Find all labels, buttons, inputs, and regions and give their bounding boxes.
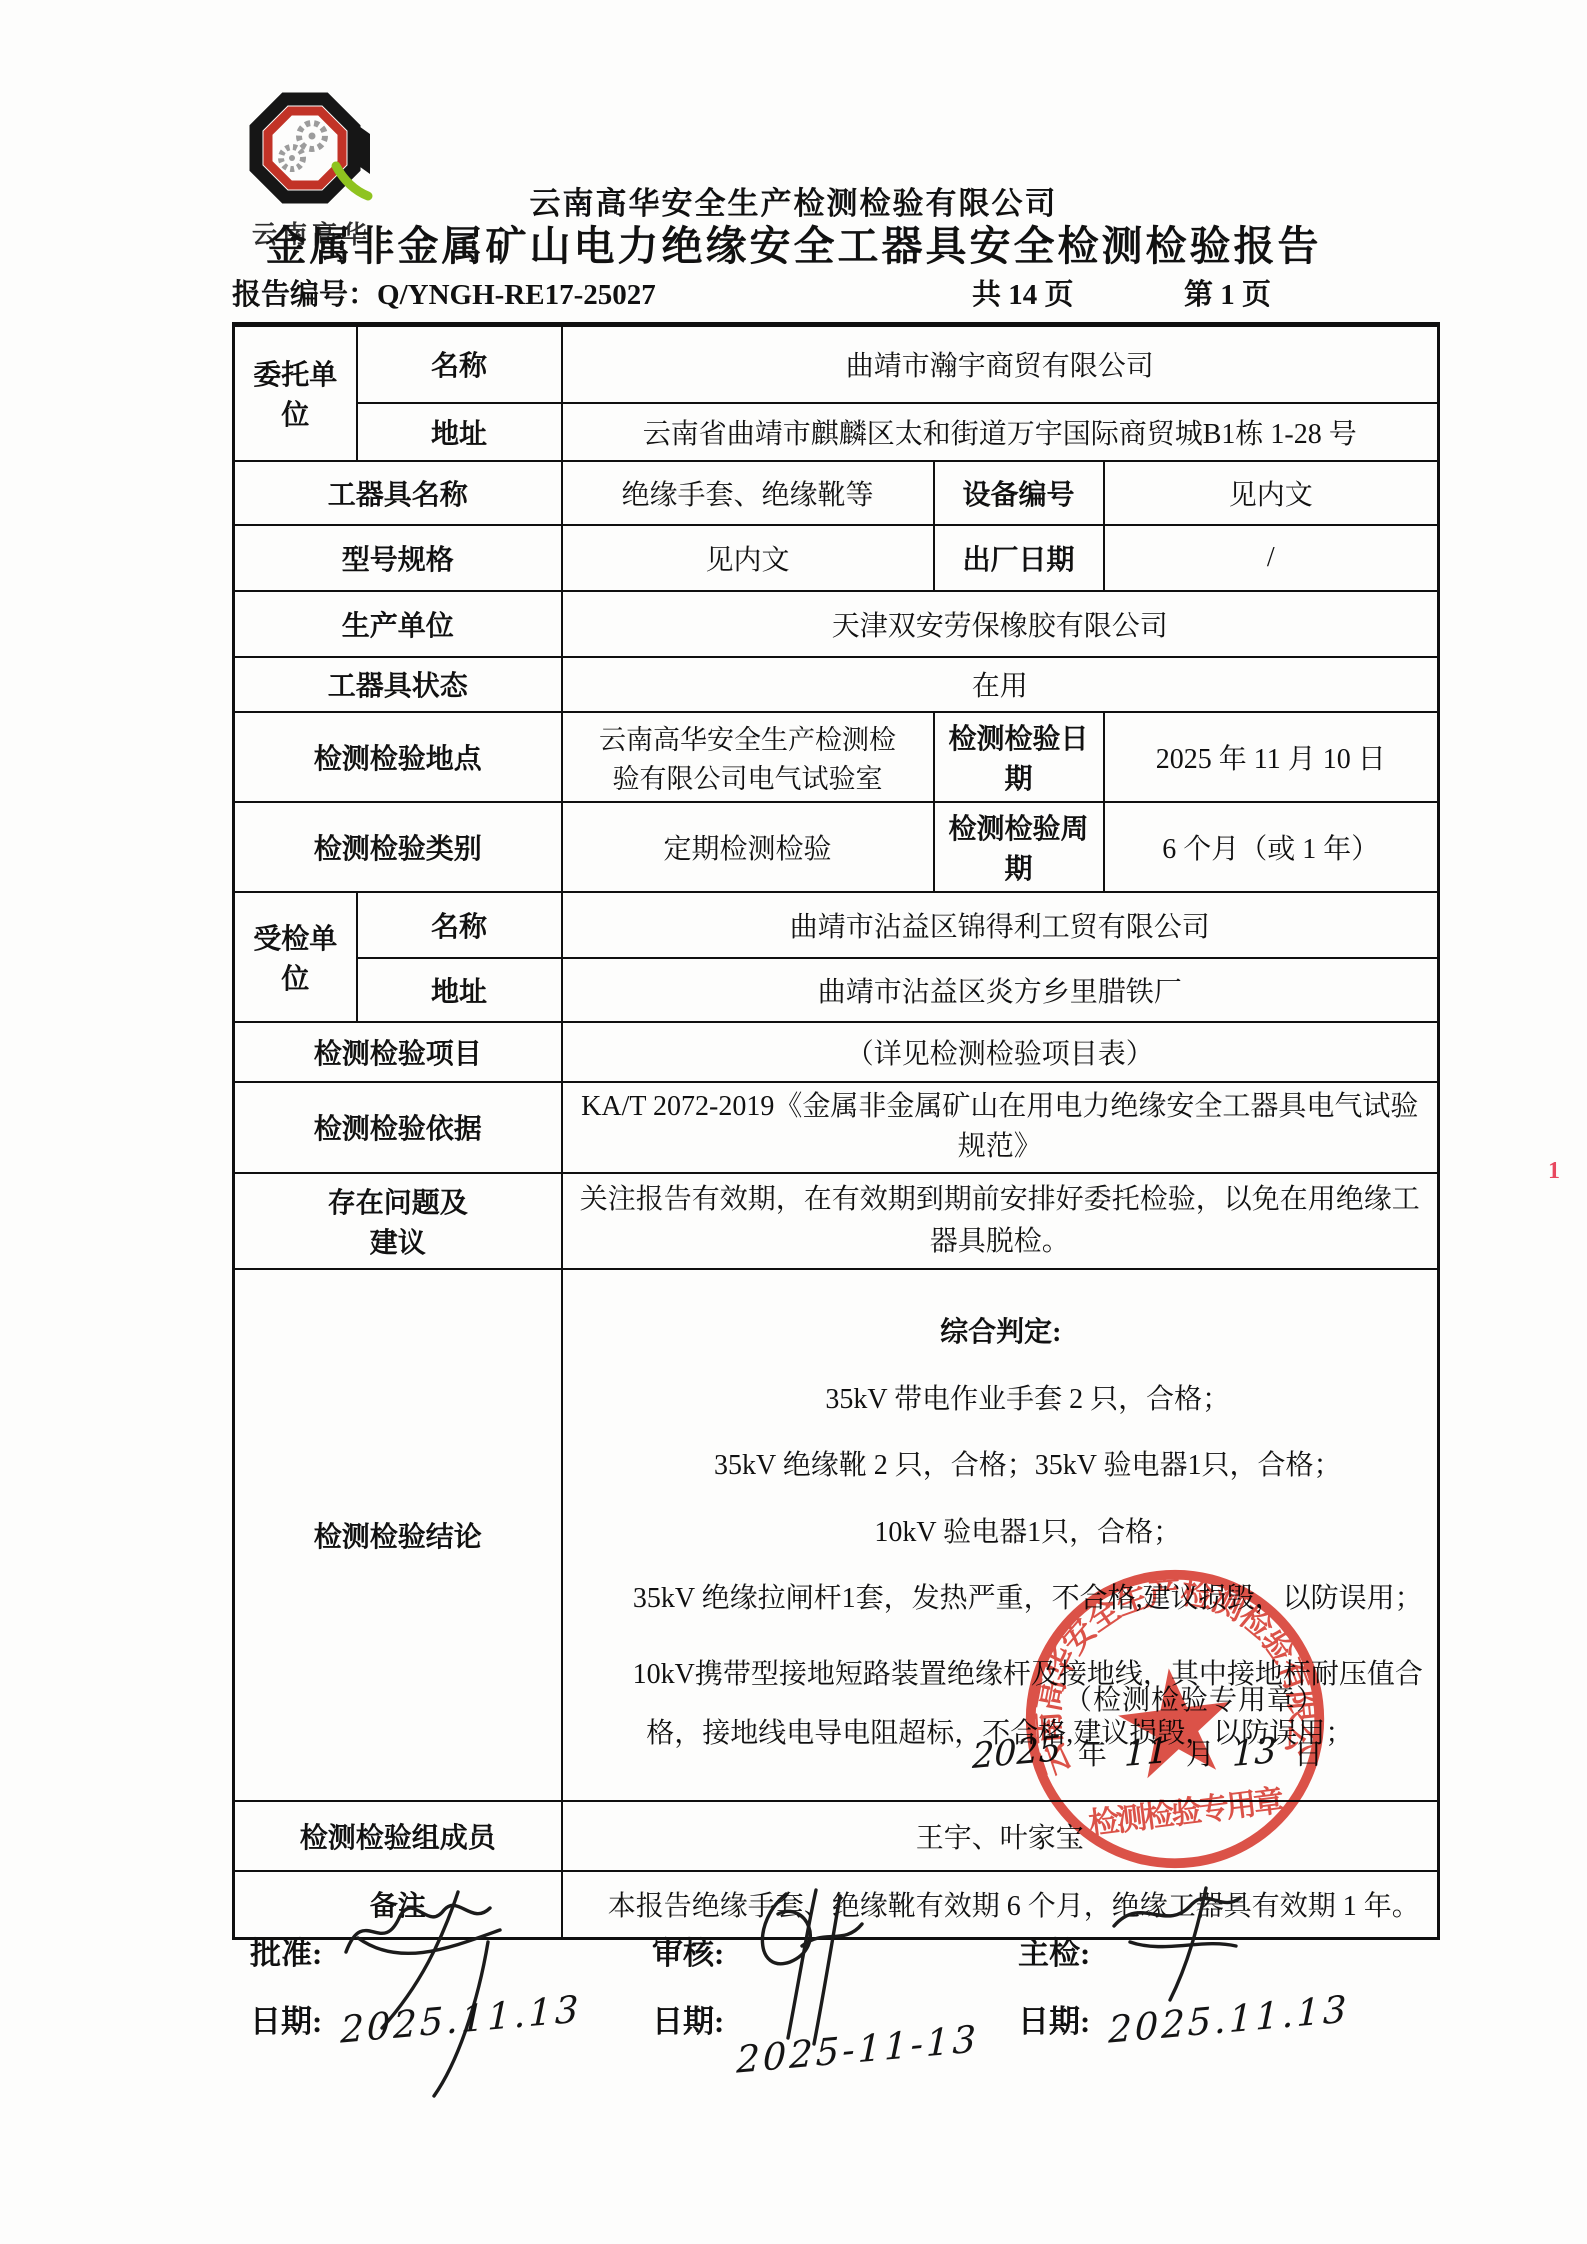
test-date-label: 检测检验日期 xyxy=(934,712,1104,802)
test-date-value: 2025 年 11 月 10 日 xyxy=(1104,712,1439,802)
chief-date-label: 日期: xyxy=(1018,2004,1090,2039)
review-date-label: 日期: xyxy=(652,2004,724,2039)
device-no-label: 设备编号 xyxy=(934,461,1104,525)
conclusion-item: 35kV 绝缘靴 2 只，合格；35kV 验电器1只，合格； xyxy=(573,1446,1428,1487)
seal-note: （检测检验专用章） xyxy=(1064,1678,1325,1718)
problems-label: 存在问题及 建议 xyxy=(234,1173,562,1269)
tool-status-value: 在用 xyxy=(562,657,1439,712)
row-test-items: 检测检验项目 （详见检测检验项目表） xyxy=(234,1022,1439,1082)
total-pages: 共 14 页 xyxy=(972,272,1074,313)
conclusion-cell: 综合判定: 35kV 带电作业手套 2 只，合格； 35kV 绝缘靴 2 只，合… xyxy=(562,1269,1439,1801)
client-group-label: 委托单位 xyxy=(234,325,357,461)
report-no-label: 报告编号： xyxy=(232,279,377,311)
margin-page-mark: 1 xyxy=(1548,1158,1560,1185)
test-items-label: 检测检验项目 xyxy=(234,1022,562,1082)
tool-name-value: 绝缘手套、绝缘靴等 xyxy=(562,461,934,525)
row-client-name: 委托单位 名称 曲靖市瀚宇商贸有限公司 xyxy=(234,325,1439,403)
row-manufacturer: 生产单位 天津双安劳保橡胶有限公司 xyxy=(234,591,1439,657)
current-page: 第 1 页 xyxy=(1184,272,1271,313)
row-tool-name: 工器具名称 绝缘手套、绝缘靴等 设备编号 见内文 xyxy=(234,461,1439,525)
approve-date-label: 日期: xyxy=(250,2004,322,2039)
factory-date-label: 出厂日期 xyxy=(934,525,1104,591)
conclusion-item: 35kV 带电作业手套 2 只，合格； xyxy=(573,1380,1428,1421)
scanned-report-page: 云南高华 云南高华安全生产检测检验有限公司 金属非金属矿山电力绝缘安全工器具安全… xyxy=(0,0,1587,2244)
approve-block: 批准: 日期: 2025.11.13 xyxy=(250,1928,630,2041)
conclusion-date-month: 11 xyxy=(1124,1731,1169,1775)
conclusion-label: 检测检验结论 xyxy=(234,1269,562,1801)
test-cycle-label: 检测检验周期 xyxy=(934,802,1104,892)
report-title: 金属非金属矿山电力绝缘安全工器具安全检测检验报告 xyxy=(0,213,1587,272)
factory-date-value: / xyxy=(1104,525,1439,591)
conclusion-date: 2025 年 11 月 13 日 xyxy=(972,1732,1333,1773)
manufacturer-value: 天津双安劳保橡胶有限公司 xyxy=(562,591,1439,657)
month-label: 月 xyxy=(1186,1739,1215,1771)
problems-value: 关注报告有效期，在有效期到期前安排好委托检验，以免在用绝缘工器具脱检。 xyxy=(562,1173,1439,1269)
test-place-label: 检测检验地点 xyxy=(234,712,562,802)
row-inspected-address: 地址 曲靖市沾益区炎方乡里腊铁厂 xyxy=(234,958,1439,1022)
year-label: 年 xyxy=(1078,1739,1107,1771)
tool-status-label: 工器具状态 xyxy=(234,657,562,712)
row-team: 检测检验组成员 王宇、叶家宝 xyxy=(234,1801,1439,1871)
row-test-basis: 检测检验依据 KA/T 2072-2019《金属非金属矿山在用电力绝缘安全工器具… xyxy=(234,1082,1439,1173)
row-tool-status: 工器具状态 在用 xyxy=(234,657,1439,712)
chief-block: 主检: 日期: 2025.11.13 xyxy=(1018,1928,1398,2041)
conclusion-item: 10kV 验电器1只，合格； xyxy=(573,1513,1428,1554)
row-inspected-name: 受检单位 名称 曲靖市沾益区锦得利工贸有限公司 xyxy=(234,892,1439,958)
test-type-value: 定期检测检验 xyxy=(562,802,934,892)
report-table: 委托单位 名称 曲靖市瀚宇商贸有限公司 地址 云南省曲靖市麒麟区太和街道万宇国际… xyxy=(232,322,1440,1940)
inspected-address-label: 地址 xyxy=(357,958,562,1022)
tool-name-label: 工器具名称 xyxy=(234,461,562,525)
review-block: 审核: 日期: 2025-11-13 xyxy=(652,1928,1032,2041)
inspected-name-label: 名称 xyxy=(357,892,562,958)
model-value: 见内文 xyxy=(562,525,934,591)
chief-date-value: 2025.11.13 xyxy=(1108,1987,1350,2051)
conclusion-item: 35kV 绝缘拉闸杆1套，发热严重，不合格,建议损毁，以防误用； xyxy=(573,1579,1428,1620)
row-conclusion: 检测检验结论 综合判定: 35kV 带电作业手套 2 只，合格； 35kV 绝缘… xyxy=(234,1269,1439,1801)
test-place-value: 云南高华安全生产检测检 验有限公司电气试验室 xyxy=(562,712,934,802)
test-basis-value: KA/T 2072-2019《金属非金属矿山在用电力绝缘安全工器具电气试验规范》 xyxy=(562,1082,1439,1173)
test-items-value: （详见检测检验项目表） xyxy=(562,1022,1439,1082)
chief-label: 主检: xyxy=(1018,1936,1090,1971)
conclusion-heading: 综合判定: xyxy=(575,1310,1428,1350)
client-address-label: 地址 xyxy=(357,403,562,461)
inspected-group-label: 受检单位 xyxy=(234,892,357,1022)
device-no-value: 见内文 xyxy=(1104,461,1439,525)
inspected-name-value: 曲靖市沾益区锦得利工贸有限公司 xyxy=(562,892,1439,958)
row-test-place: 检测检验地点 云南高华安全生产检测检 验有限公司电气试验室 检测检验日期 202… xyxy=(234,712,1439,802)
conclusion-date-year: 2025 xyxy=(971,1729,1060,1777)
test-type-label: 检测检验类别 xyxy=(234,802,562,892)
inspected-address-value: 曲靖市沾益区炎方乡里腊铁厂 xyxy=(562,958,1439,1022)
report-number-row: 报告编号：Q/YNGH-RE17-25027 共 14 页 第 1 页 xyxy=(232,272,1437,314)
client-name-label: 名称 xyxy=(357,325,562,403)
review-label: 审核: xyxy=(652,1936,724,1971)
conclusion-date-day: 13 xyxy=(1232,1731,1277,1775)
client-address-value: 云南省曲靖市麒麟区太和街道万宇国际商贸城B1栋 1-28 号 xyxy=(562,403,1439,461)
day-label: 日 xyxy=(1294,1739,1323,1771)
approve-label: 批准: xyxy=(250,1936,322,1971)
manufacturer-label: 生产单位 xyxy=(234,591,562,657)
team-value: 王宇、叶家宝 xyxy=(562,1801,1439,1871)
row-client-address: 地址 云南省曲靖市麒麟区太和街道万宇国际商贸城B1栋 1-28 号 xyxy=(234,403,1439,461)
row-test-type: 检测检验类别 定期检测检验 检测检验周期 6 个月（或 1 年） xyxy=(234,802,1439,892)
model-label: 型号规格 xyxy=(234,525,562,591)
client-name-value: 曲靖市瀚宇商贸有限公司 xyxy=(562,325,1439,403)
report-no-value: Q/YNGH-RE17-25027 xyxy=(377,279,656,311)
team-label: 检测检验组成员 xyxy=(234,1801,562,1871)
test-basis-label: 检测检验依据 xyxy=(234,1082,562,1173)
test-cycle-value: 6 个月（或 1 年） xyxy=(1104,802,1439,892)
row-problems: 存在问题及 建议 关注报告有效期，在有效期到期前安排好委托检验，以免在用绝缘工器… xyxy=(234,1173,1439,1269)
row-model: 型号规格 见内文 出厂日期 / xyxy=(234,525,1439,591)
